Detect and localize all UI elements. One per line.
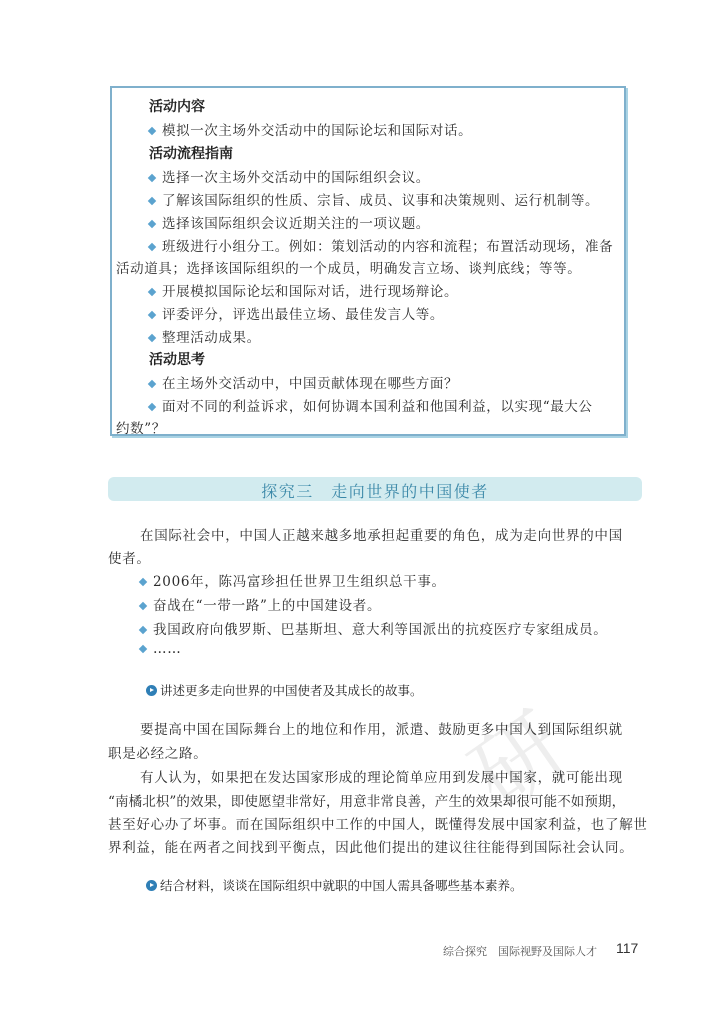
diamond-bullet-icon bbox=[148, 242, 156, 250]
list-item-continuation: 约数”？ bbox=[116, 417, 166, 437]
diamond-bullet-icon bbox=[148, 402, 156, 410]
heading-activity-content: 活动内容 bbox=[149, 96, 205, 116]
play-circle-icon bbox=[146, 880, 157, 891]
diamond-bullet-icon bbox=[139, 644, 147, 652]
activity-box: 活动内容 模拟一次主场外交活动中的国际论坛和国际对话。 活动流程指南 选择一次主… bbox=[110, 86, 626, 436]
list-item: 评委评分，评选出最佳立场、最佳发言人等。 bbox=[149, 303, 444, 323]
diamond-bullet-icon bbox=[148, 173, 156, 181]
list-item: 面对不同的利益诉求，如何协调本国利益和他国利益，以实现“最大公 bbox=[149, 395, 593, 415]
diamond-bullet-icon bbox=[148, 196, 156, 204]
play-circle-icon bbox=[146, 685, 157, 696]
list-item: 整理活动成果。 bbox=[149, 326, 261, 346]
diamond-bullet-icon bbox=[139, 577, 147, 585]
running-footer: 综合探究 国际视野及国际人才 bbox=[443, 943, 597, 959]
example-item: 奋战在“一带一路”上的中国建设者。 bbox=[140, 594, 381, 614]
intro-paragraph-cont: 使者。 bbox=[108, 547, 151, 567]
paragraph: 要提高中国在国际舞台上的地位和作用，派遣、鼓励更多中国人到国际组织就 bbox=[140, 718, 623, 738]
diamond-bullet-icon bbox=[148, 219, 156, 227]
diamond-bullet-icon bbox=[148, 287, 156, 295]
paragraph-cont: 界利益，能在两者之间找到平衡点，因此他们提出的建议往往能得到国际社会认同。 bbox=[108, 836, 633, 856]
list-item: 开展模拟国际论坛和国际对话，进行现场辩论。 bbox=[149, 280, 458, 300]
section-title-bar: 探究三 走向世界的中国使者 bbox=[108, 477, 642, 501]
list-item: 选择一次主场外交活动中的国际组织会议。 bbox=[149, 166, 430, 186]
list-item: 在主场外交活动中，中国贡献体现在哪些方面？ bbox=[149, 372, 458, 392]
watermark: 研 bbox=[441, 676, 589, 834]
example-item: …… bbox=[140, 641, 181, 657]
list-item: 选择该国际组织会议近期关注的一项议题。 bbox=[149, 212, 430, 232]
diamond-bullet-icon bbox=[148, 333, 156, 341]
discussion-prompt: 讲述更多走向世界的中国使者及其成长的故事。 bbox=[146, 681, 423, 699]
intro-paragraph: 在国际社会中，中国人正越来越多地承担起重要的角色，成为走向世界的中国 bbox=[140, 524, 623, 544]
discussion-prompt: 结合材料，谈谈在国际组织中就职的中国人需具备哪些基本素养。 bbox=[146, 876, 523, 894]
heading-process-guide: 活动流程指南 bbox=[149, 143, 233, 163]
diamond-bullet-icon bbox=[148, 310, 156, 318]
list-item: 模拟一次主场外交活动中的国际论坛和国际对话。 bbox=[149, 119, 472, 139]
list-item-continuation: 活动道具；选择该国际组织的一个成员，明确发言立场、谈判底线；等等。 bbox=[116, 257, 581, 277]
page-number: 117 bbox=[616, 940, 638, 956]
paragraph-cont: 职是必经之路。 bbox=[108, 742, 207, 762]
paragraph-cont: “南橘北枳”的效果，即使愿望非常好，用意非常良善，产生的效果却很可能不如预期， bbox=[108, 790, 625, 810]
diamond-bullet-icon bbox=[139, 625, 147, 633]
diamond-bullet-icon bbox=[139, 601, 147, 609]
diamond-bullet-icon bbox=[148, 379, 156, 387]
list-item: 班级进行小组分工。例如：策划活动的内容和流程；布置活动现场，准备 bbox=[149, 235, 613, 255]
paragraph-cont: 甚至好心办了坏事。而在国际组织中工作的中国人，既懂得发展中国家利益，也了解世 bbox=[108, 813, 648, 833]
paragraph: 有人认为，如果把在发达国家形成的理论简单应用到发展中国家，就可能出现 bbox=[140, 766, 623, 786]
example-item: 2006年，陈冯富珍担任世界卫生组织总干事。 bbox=[140, 570, 446, 590]
diamond-bullet-icon bbox=[148, 126, 156, 134]
heading-activity-reflection: 活动思考 bbox=[149, 349, 205, 369]
section-title: 探究三 走向世界的中国使者 bbox=[108, 479, 642, 502]
list-item: 了解该国际组织的性质、宗旨、成员、议事和决策规则、运行机制等。 bbox=[149, 189, 599, 209]
example-item: 我国政府向俄罗斯、巴基斯坦、意大利等国派出的抗疫医疗专家组成员。 bbox=[140, 618, 607, 638]
